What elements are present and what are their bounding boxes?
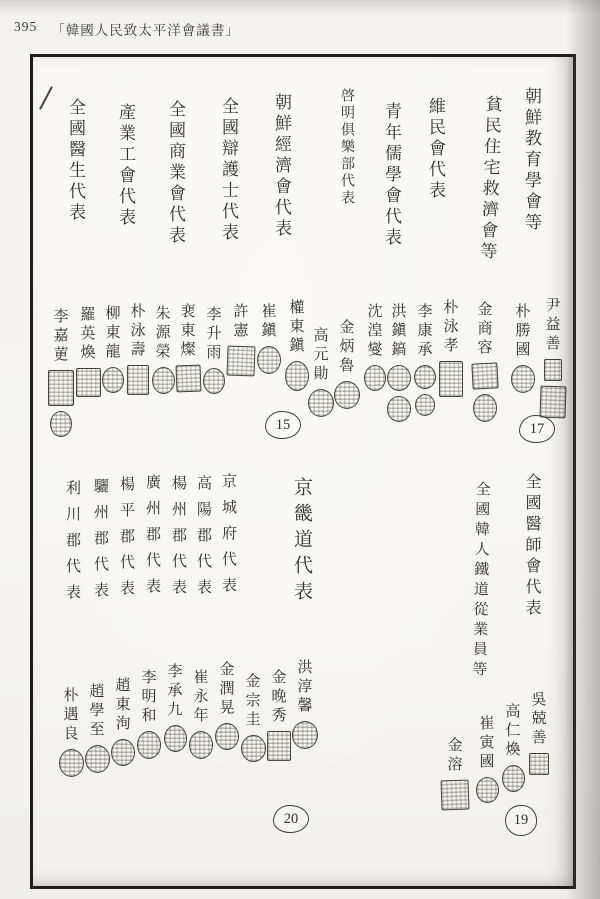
- seal-stamp: [48, 370, 74, 406]
- signature-column: 李康承: [411, 303, 439, 416]
- page-title: 「韓國人民致太平洋會議書」: [51, 19, 240, 39]
- pen-mark: [39, 86, 53, 110]
- seal-stamp: [267, 731, 291, 761]
- group-number-17: 17: [519, 415, 555, 443]
- signatory-name: 朴泳孝: [441, 299, 462, 356]
- signature-column: 高元勛: [307, 327, 335, 417]
- signature-column: 裵東燦: [174, 303, 202, 392]
- org-column: 全國醫生代表: [63, 98, 88, 224]
- signature-column: 金炳魯: [333, 319, 361, 409]
- seal-stamp: [539, 386, 566, 419]
- scan-shadow-top: [0, 0, 600, 14]
- org-column: 朝鮮教育學會等: [519, 87, 544, 234]
- signatory-name: 朴遇良: [61, 687, 82, 744]
- signatory-name: 尹益善: [543, 297, 564, 354]
- seal-stamp: [440, 780, 469, 811]
- signature-column: 金商容: [471, 301, 499, 422]
- seal-stamp: [511, 365, 535, 393]
- seal-stamp: [164, 725, 187, 752]
- signatory-name: 李明和: [139, 669, 160, 726]
- signatory-name: 朴泳壽: [128, 303, 149, 360]
- seal-stamp: [285, 361, 309, 391]
- seal-stamp: [364, 365, 386, 391]
- org-column: 貧民住宅救濟會等: [474, 95, 505, 264]
- signature-column: 高仁煥: [499, 703, 527, 792]
- seal-stamp: [502, 765, 525, 792]
- county-column: 驪州郡代表: [91, 478, 112, 608]
- signatory-name: 柳東龍: [103, 305, 124, 362]
- county-column: 楊平郡代表: [117, 476, 138, 606]
- signatory-name: 金潤晃: [217, 661, 238, 718]
- signatory-name: 高仁煥: [503, 703, 524, 760]
- seal-stamp: [387, 396, 411, 422]
- county-column: 楊州郡代表: [169, 475, 190, 605]
- signatory-name: 金宗圭: [243, 673, 264, 730]
- signature-column: 金宗圭: [239, 673, 267, 762]
- signatory-name: 趙學至: [87, 683, 108, 740]
- signatory-name: 崔寅國: [477, 715, 498, 772]
- signatory-name: 權東鎭: [287, 299, 308, 356]
- signature-column: 趙學至: [83, 683, 111, 773]
- county-column: 高陽郡代表: [194, 475, 215, 605]
- signatory-name: 金晚秀: [269, 669, 290, 726]
- seal-stamp: [152, 367, 175, 394]
- signatory-name: 高元勛: [311, 327, 332, 384]
- signatory-name: 李承九: [165, 663, 186, 720]
- signatory-name: 李升雨: [204, 306, 225, 363]
- seal-stamp: [414, 365, 436, 389]
- scanned-document-page: 395 「韓國人民致太平洋會議書」 朝鮮教育學會等 貧民住宅救濟會等 維民會代表…: [0, 0, 600, 899]
- signature-column: 崔永年: [187, 669, 215, 759]
- signatory-name: 崔鎭: [259, 303, 280, 341]
- org-column: 全國醫師會代表: [521, 473, 544, 620]
- group-number-20: 20: [273, 805, 309, 833]
- signature-column: 朴遇良: [57, 687, 85, 777]
- seal-stamp: [215, 723, 239, 750]
- signature-column: 金潤晃: [213, 661, 241, 750]
- signatory-name: 朱源榮: [153, 305, 174, 362]
- seal-stamp: [476, 777, 499, 803]
- seal-stamp: [226, 346, 255, 377]
- seal-stamp: [85, 745, 110, 773]
- org-column: 朝鮮經濟會代表: [269, 93, 294, 240]
- signature-column: 李明和: [135, 669, 163, 759]
- group-number-15: 15: [265, 411, 301, 439]
- signature-column: 朴泳孝: [437, 299, 465, 397]
- signatory-name: 羅英煥: [78, 306, 99, 363]
- seal-stamp: [189, 731, 213, 759]
- signature-column: 李承九: [161, 663, 189, 752]
- signature-column: 趙東洵: [109, 677, 137, 766]
- province-column: 京畿道代表: [289, 477, 316, 607]
- seal-stamp: [50, 411, 72, 437]
- signature-column: 權東鎭: [283, 299, 311, 391]
- seal-stamp: [471, 362, 498, 389]
- signatory-name: 吳兢善: [529, 691, 550, 748]
- signatory-name: 沈湟燮: [365, 303, 386, 360]
- seal-stamp: [102, 367, 124, 393]
- seal-stamp: [111, 739, 135, 766]
- signature-column: 沈湟燮: [361, 303, 389, 391]
- signature-column: 洪鎭鎬: [385, 303, 413, 422]
- seal-stamp: [473, 394, 497, 422]
- signatory-name: 金商容: [475, 301, 496, 358]
- page-header: 395 「韓國人民致太平洋會議書」: [14, 19, 240, 39]
- seal-stamp: [137, 731, 161, 759]
- group-number-19: 19: [505, 805, 537, 836]
- signature-column: 朴勝國: [509, 303, 537, 393]
- org-column: 全國辯護士代表: [216, 97, 241, 244]
- seal-stamp: [439, 361, 463, 397]
- signatory-name: 崔永年: [191, 669, 212, 726]
- document-frame: 朝鮮教育學會等 貧民住宅救濟會等 維民會代表 青年儒學會代表 啓明俱樂部代表 朝…: [30, 54, 576, 889]
- signature-column: 洪淳馨: [291, 659, 319, 749]
- seal-stamp: [203, 368, 225, 394]
- seal-stamp: [387, 365, 411, 391]
- signatory-name: 趙東洵: [113, 677, 134, 734]
- seal-stamp: [127, 365, 149, 395]
- org-column: 產業工會代表: [113, 103, 138, 229]
- signatory-name: 洪鎭鎬: [389, 303, 410, 360]
- seal-stamp: [59, 749, 84, 777]
- seal-stamp: [334, 381, 360, 409]
- seal-stamp: [257, 346, 281, 374]
- signatory-name: 金炳魯: [337, 319, 358, 376]
- signature-column: 金溶: [441, 737, 469, 810]
- seal-stamp: [308, 389, 334, 417]
- seal-stamp: [415, 394, 435, 416]
- signature-column: 崔寅國: [473, 715, 501, 803]
- signature-column: 羅英煥: [74, 306, 102, 397]
- signature-column: 吳兢善: [525, 691, 553, 775]
- page-number: 395: [14, 19, 37, 39]
- signatory-name: 許憲: [231, 303, 252, 341]
- seal-stamp: [529, 753, 549, 775]
- signature-column: 李升雨: [200, 306, 228, 394]
- seal-stamp: [544, 359, 562, 381]
- signature-column: 尹益善: [539, 297, 567, 418]
- signature-column: 崔鎭: [255, 303, 283, 374]
- org-column: 全國韓人鐵道從業員等: [469, 481, 493, 681]
- signatory-name: 洪淳馨: [295, 659, 316, 716]
- county-column: 京城府代表: [219, 473, 240, 603]
- signatory-name: 金溶: [445, 737, 466, 775]
- seal-stamp: [76, 368, 101, 397]
- signatory-name: 朴勝國: [513, 303, 534, 360]
- signature-column: 金晚秀: [265, 669, 293, 761]
- seal-stamp: [175, 365, 201, 393]
- signature-column: 許憲: [227, 303, 255, 376]
- org-column: 維民會代表: [423, 97, 448, 202]
- signature-column: 朴泳壽: [124, 303, 152, 395]
- signature-column: 朱源榮: [149, 305, 177, 394]
- signatory-name: 李嘉莄: [51, 308, 72, 365]
- org-column: 青年儒學會代表: [379, 102, 404, 249]
- signature-column: 李嘉莄: [47, 308, 75, 437]
- seal-stamp: [241, 735, 266, 762]
- signatory-name: 李康承: [415, 303, 436, 360]
- signatory-name: 裵東燦: [178, 303, 199, 360]
- org-column: 全國商業會代表: [163, 100, 188, 247]
- signature-column: 柳東龍: [99, 305, 127, 393]
- seal-stamp: [292, 721, 318, 749]
- org-column: 啓明俱樂部代表: [337, 88, 357, 207]
- county-column: 廣州郡代表: [143, 474, 164, 604]
- county-column: 利川郡代表: [63, 480, 84, 610]
